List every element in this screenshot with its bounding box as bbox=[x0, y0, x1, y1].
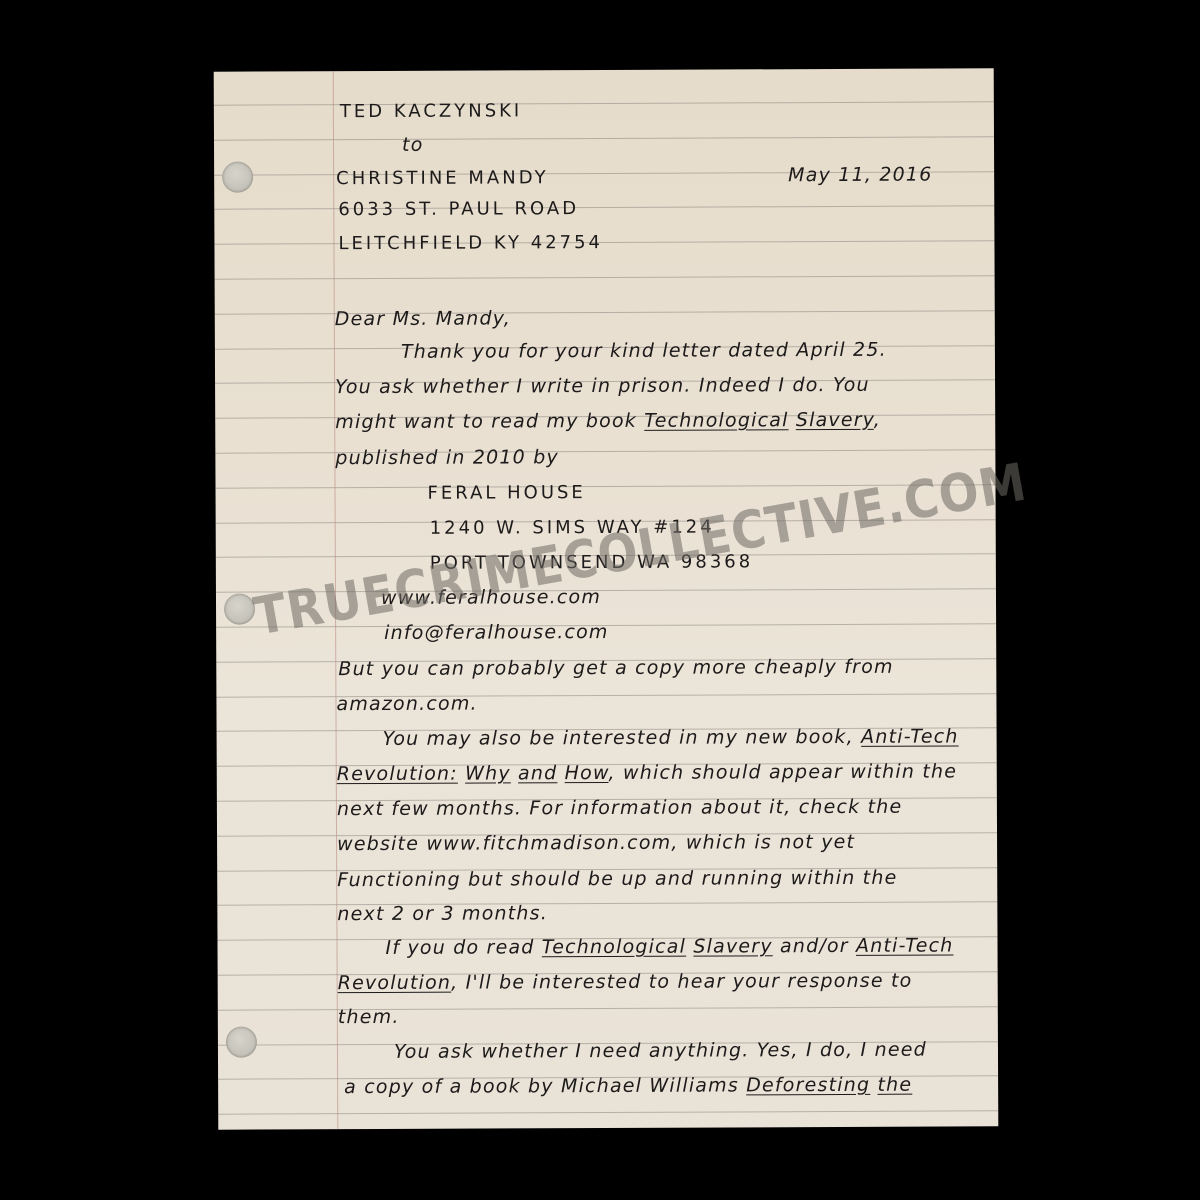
ruled-line bbox=[215, 275, 995, 279]
book-title: Anti-Tech bbox=[856, 934, 954, 956]
ruled-line bbox=[217, 902, 997, 906]
body-line: next 2 or 3 months. bbox=[337, 902, 548, 925]
ruled-line bbox=[218, 1110, 998, 1114]
body-text: You may also be interested in my new boo… bbox=[383, 726, 862, 750]
body-line: But you can probably get a copy more che… bbox=[338, 656, 893, 680]
to-word: to bbox=[402, 134, 424, 156]
body-text: , which should appear within the bbox=[608, 760, 957, 784]
body-text: , I'll be interested to hear your respon… bbox=[451, 970, 912, 994]
body-line: Revolution: Why and How, which should ap… bbox=[337, 760, 957, 785]
book-title: Slavery bbox=[693, 935, 772, 957]
ruled-line bbox=[214, 240, 994, 244]
book-title: Technological bbox=[542, 936, 686, 959]
book-title: the bbox=[877, 1074, 912, 1096]
body-line: Revolution, I'll be interested to hear y… bbox=[338, 970, 913, 995]
body-line: You ask whether I need anything. Yes, I … bbox=[394, 1039, 927, 1063]
body-line: next few months. For information about i… bbox=[337, 796, 903, 820]
punch-hole-bottom bbox=[226, 1027, 257, 1058]
body-line: published in 2010 by bbox=[335, 446, 559, 469]
recipient-address-city: LEITCHFIELD KY 42754 bbox=[338, 232, 603, 254]
body-text: and/or bbox=[773, 935, 856, 957]
punch-hole-middle bbox=[224, 594, 255, 625]
book-title: Revolution: bbox=[337, 763, 458, 786]
book-title: Revolution bbox=[338, 972, 452, 994]
body-line: amazon.com. bbox=[336, 693, 477, 716]
ruled-line bbox=[215, 449, 995, 453]
book-title: Deforesting bbox=[746, 1074, 870, 1097]
body-text: might want to read my book bbox=[335, 410, 644, 433]
ruled-line bbox=[214, 101, 994, 105]
body-line: You ask whether I write in prison. Indee… bbox=[335, 374, 870, 398]
ruled-line bbox=[215, 310, 995, 314]
book-title: Anti-Tech bbox=[861, 725, 959, 747]
publisher-email: info@feralhouse.com bbox=[384, 621, 609, 644]
ruled-line bbox=[214, 136, 994, 140]
body-line: a copy of a book by Michael Williams Def… bbox=[344, 1074, 912, 1098]
body-line: website www.fitchmadison.com, which is n… bbox=[337, 831, 855, 855]
body-line: If you do read Technological Slavery and… bbox=[385, 934, 953, 958]
body-line: You may also be interested in my new boo… bbox=[383, 725, 959, 750]
sender-name: TED KACZYNSKI bbox=[340, 100, 522, 122]
body-line: Functioning but should be up and running… bbox=[337, 867, 897, 891]
recipient-name: CHRISTINE MANDY bbox=[336, 167, 548, 189]
book-title: Slavery bbox=[796, 409, 874, 431]
body-text: a copy of a book by Michael Williams bbox=[344, 1074, 746, 1098]
book-title: How bbox=[565, 762, 609, 784]
publisher-name: FERAL HOUSE bbox=[427, 482, 585, 504]
body-text: If you do read bbox=[385, 936, 541, 959]
recipient-address-street: 6033 ST. PAUL ROAD bbox=[338, 198, 579, 220]
book-title: and bbox=[518, 762, 557, 784]
body-line: them. bbox=[338, 1006, 400, 1028]
body-line: Thank you for your kind letter dated Apr… bbox=[401, 339, 887, 363]
letter-date: May 11, 2016 bbox=[788, 164, 932, 187]
body-line: might want to read my book Technological… bbox=[335, 409, 881, 433]
punctuation: , bbox=[874, 409, 881, 431]
ruled-line bbox=[214, 206, 994, 210]
book-title: Technological bbox=[644, 409, 788, 432]
salutation: Dear Ms. Mandy, bbox=[335, 307, 511, 330]
punch-hole-top bbox=[222, 162, 253, 193]
book-title: Why bbox=[465, 762, 511, 784]
ruled-line bbox=[216, 693, 996, 697]
ruled-line bbox=[218, 1006, 998, 1010]
